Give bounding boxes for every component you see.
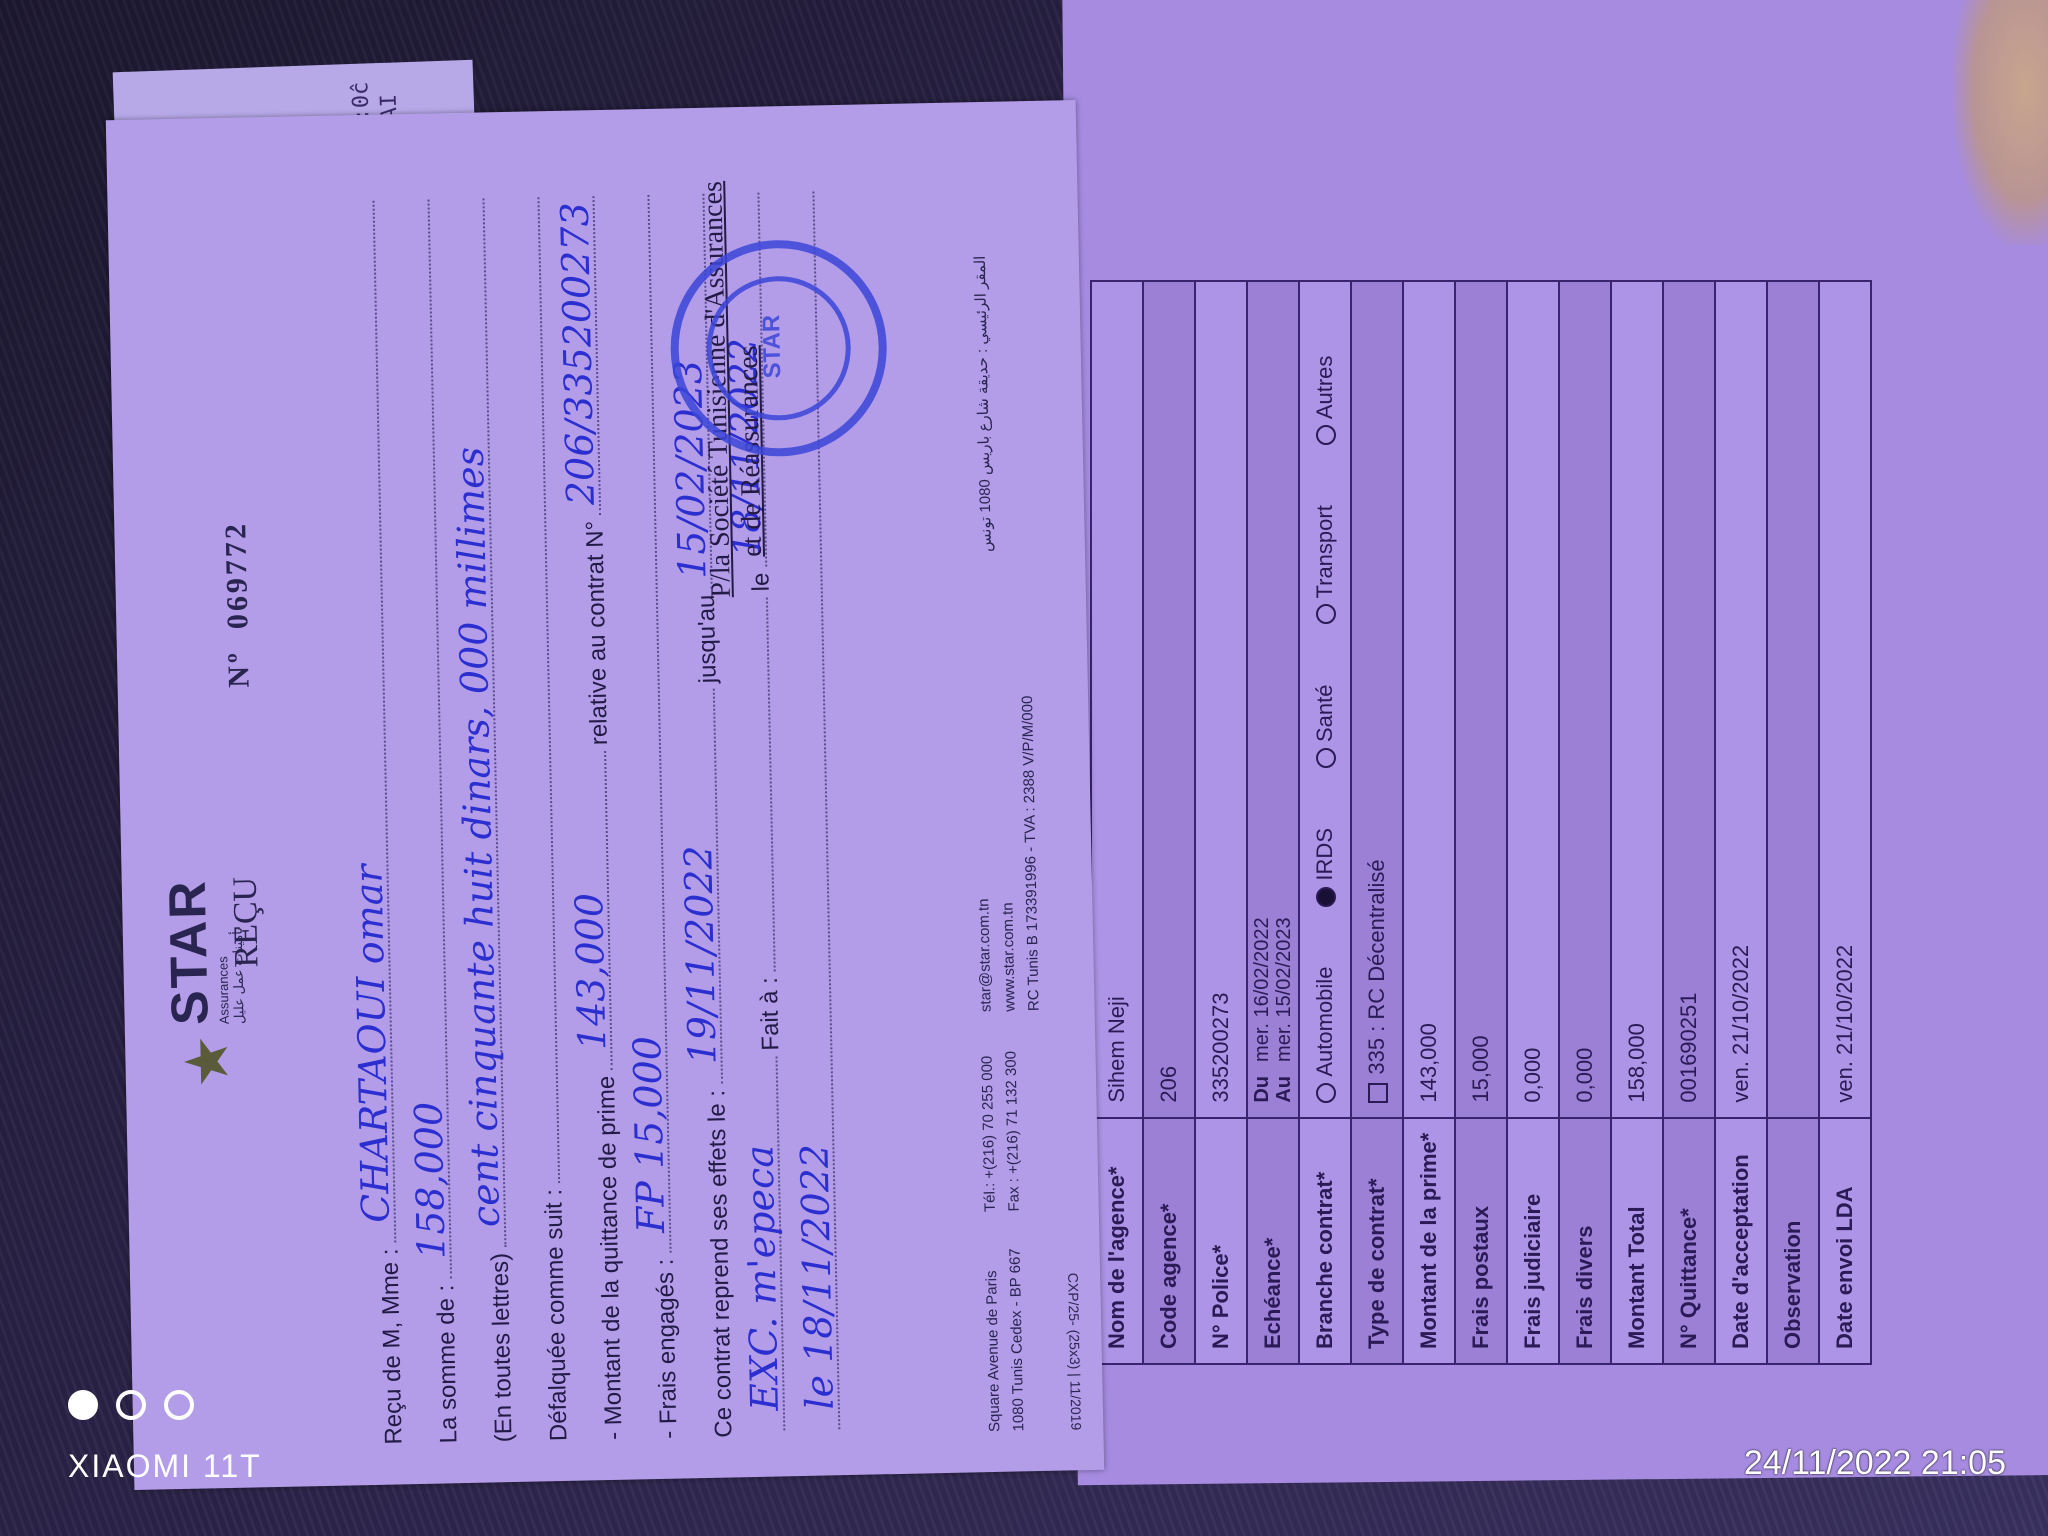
form-row: Date envoi LDAven. 21/10/2022 — [1819, 281, 1871, 1364]
photo-timestamp: 24/11/2022 21:05 — [1744, 1444, 2006, 1483]
form-row-value: 001690251 — [1663, 281, 1715, 1118]
form-row-label: Branche contrat* — [1299, 1118, 1351, 1364]
receipt-field-suffix: Fait à : — [756, 977, 786, 1051]
receipt-field-label: (En toutes lettres) — [487, 1253, 519, 1443]
form-row-label: Frais postaux — [1455, 1118, 1507, 1364]
form-row-label: Code agence* — [1143, 1118, 1195, 1364]
form-row-value: 335 : RC Décentralisé — [1351, 281, 1403, 1118]
form-row: Observation — [1767, 281, 1819, 1364]
form-row-label: Date envoi LDA — [1819, 1118, 1871, 1364]
receipt-number: Nº 069772 — [219, 521, 256, 688]
form-row-label: Montant Total — [1611, 1118, 1663, 1364]
form-row-label: Type de contrat* — [1351, 1118, 1403, 1364]
receipt-content: ★ STAR Assurances تأمينات عمل عليل REÇU … — [106, 100, 1104, 1490]
radio-icon[interactable] — [1316, 887, 1336, 907]
fill-line: 206/335200273 — [592, 196, 601, 515]
device-watermark: XIAOMI 11T — [68, 1448, 262, 1485]
form-row-value: Dumer. 16/02/2022Aumer. 15/02/2023 — [1247, 281, 1299, 1118]
form-row-value: 143,000 — [1403, 281, 1455, 1118]
form-row: Montant de la prime*143,000 — [1403, 281, 1455, 1364]
form-row-label: Observation — [1767, 1118, 1819, 1364]
form-row: N° Quittance*001690251 — [1663, 281, 1715, 1364]
form-row-label: N° Quittance* — [1663, 1118, 1715, 1364]
footer-web: star@star.com.tn www.star.com.tn RC Tuni… — [968, 695, 1047, 1012]
form-row: Type de contrat*335 : RC Décentralisé — [1351, 281, 1403, 1364]
form-row-value: AutomobileIRDSSantéTransportAutres — [1299, 281, 1351, 1118]
radio-option-irds[interactable]: IRDS — [1312, 828, 1337, 907]
handwritten-value: 143,000 — [567, 893, 614, 1051]
radio-icon[interactable] — [1316, 425, 1336, 445]
form-row-value: Sihem Neji — [1091, 281, 1143, 1118]
footer-phones: Tél.: +(216) 70 255 000 Fax : +(216) 71 … — [975, 1051, 1026, 1213]
handwritten-value: 158,000 — [406, 1101, 453, 1259]
form-row-value: 158,000 — [1611, 281, 1663, 1118]
form-row-value: 15,000 — [1455, 281, 1507, 1118]
receipt-field-label: Reçu de M, Mme : — [376, 1248, 408, 1445]
form-row: Frais postaux15,000 — [1455, 281, 1507, 1364]
handwritten-value: EXC. m'epeca — [737, 1145, 787, 1412]
footer-arabic-address: المقر الرئيسي : حديقة شارع باريس 1080 تو… — [969, 255, 999, 552]
form-row: N° Police*335200273 — [1195, 281, 1247, 1364]
fill-line — [766, 597, 776, 971]
form-row-value: 206 — [1143, 281, 1195, 1118]
checkbox-icon[interactable] — [1368, 1083, 1388, 1103]
star-icon: ★ — [176, 1034, 237, 1089]
receipt-field-suffix: jusqu'au — [693, 594, 723, 683]
radio-option-transport[interactable]: Transport — [1312, 505, 1337, 624]
form-row: Branche contrat*AutomobileIRDSSantéTrans… — [1299, 281, 1351, 1364]
receipt-footer: Square Avenue de Paris 1080 Tunis Cedex … — [956, 132, 983, 1432]
fill-line: 143,000 — [604, 751, 613, 1070]
fill-line: EXC. m'epeca — [776, 1056, 786, 1430]
form-row-label: Montant de la prime* — [1403, 1118, 1455, 1364]
watermark-dot — [164, 1390, 194, 1420]
form-row-label: Frais judiciaire — [1507, 1118, 1559, 1364]
watermark-dot — [116, 1390, 146, 1420]
handwritten-value: le 18/11/2022 — [792, 1143, 842, 1410]
echeance-dates: Dumer. 16/02/2022Aumer. 15/02/2023 — [1251, 917, 1295, 1102]
form-row: Nom de l'agence*Sihem Neji — [1091, 281, 1143, 1364]
brand-name: STAR — [159, 879, 220, 1026]
footer-address: Square Avenue de Paris 1080 Tunis Cedex … — [980, 1248, 1032, 1432]
form-row: Montant Total158,000 — [1611, 281, 1663, 1364]
star-receipt: ★ STAR Assurances تأمينات عمل عليل REÇU … — [106, 100, 1104, 1490]
form-table-rotated: Nom de l'agence*Sihem NejiCode agence*20… — [1090, 280, 1872, 1365]
form-row-label: Date d'acceptation — [1715, 1118, 1767, 1364]
form-row-value: ven. 21/10/2022 — [1715, 281, 1767, 1118]
radio-icon[interactable] — [1316, 605, 1336, 625]
radio-icon[interactable] — [1316, 1083, 1336, 1103]
form-row: Echéance*Dumer. 16/02/2022Aumer. 15/02/2… — [1247, 281, 1299, 1364]
handwritten-value: CHARTAOUI omar — [346, 864, 397, 1223]
form-row-value: 335200273 — [1195, 281, 1247, 1118]
radio-option-autres[interactable]: Autres — [1312, 356, 1337, 446]
watermark-dot — [68, 1390, 98, 1420]
form-row: Date d'acceptationven. 21/10/2022 — [1715, 281, 1767, 1364]
form-row-value: 0,000 — [1559, 281, 1611, 1118]
radio-option-santé[interactable]: Santé — [1312, 685, 1337, 769]
coffee-stain — [1952, 0, 2048, 246]
contract-form-table: Nom de l'agence*Sihem NejiCode agence*20… — [1090, 280, 1872, 1365]
handwritten-value: cent cinquante huit dinars, 000 millimes — [448, 446, 508, 1227]
receipt-title: REÇU — [227, 876, 267, 967]
form-row-value — [1767, 281, 1819, 1118]
form-row: Code agence*206 — [1143, 281, 1195, 1364]
form-row-value: 0,000 — [1507, 281, 1559, 1118]
form-row-label: Frais divers — [1559, 1118, 1611, 1364]
form-code: CXP/25- (25x3) | 11/2019 — [1065, 1273, 1084, 1431]
receipt-field-label: La somme de : — [432, 1284, 463, 1443]
radio-option-automobile[interactable]: Automobile — [1312, 967, 1337, 1103]
handwritten-value: FP 15,000 — [625, 1036, 673, 1234]
handwritten-value: 19/11/2022 — [676, 845, 725, 1065]
watermark-dots — [68, 1390, 194, 1420]
fill-line: 19/11/2022 — [713, 689, 723, 1084]
handwritten-value: 206/335200273 — [553, 202, 603, 506]
form-row-value: ven. 21/10/2022 — [1819, 281, 1871, 1118]
receipt-field-label: - Frais engagés : — [652, 1258, 684, 1439]
form-row: Frais divers0,000 — [1559, 281, 1611, 1364]
radio-icon[interactable] — [1316, 748, 1336, 768]
form-row: Frais judiciaire0,000 — [1507, 281, 1559, 1364]
form-row-label: Echéance* — [1247, 1118, 1299, 1364]
form-row-label: N° Police* — [1195, 1118, 1247, 1364]
